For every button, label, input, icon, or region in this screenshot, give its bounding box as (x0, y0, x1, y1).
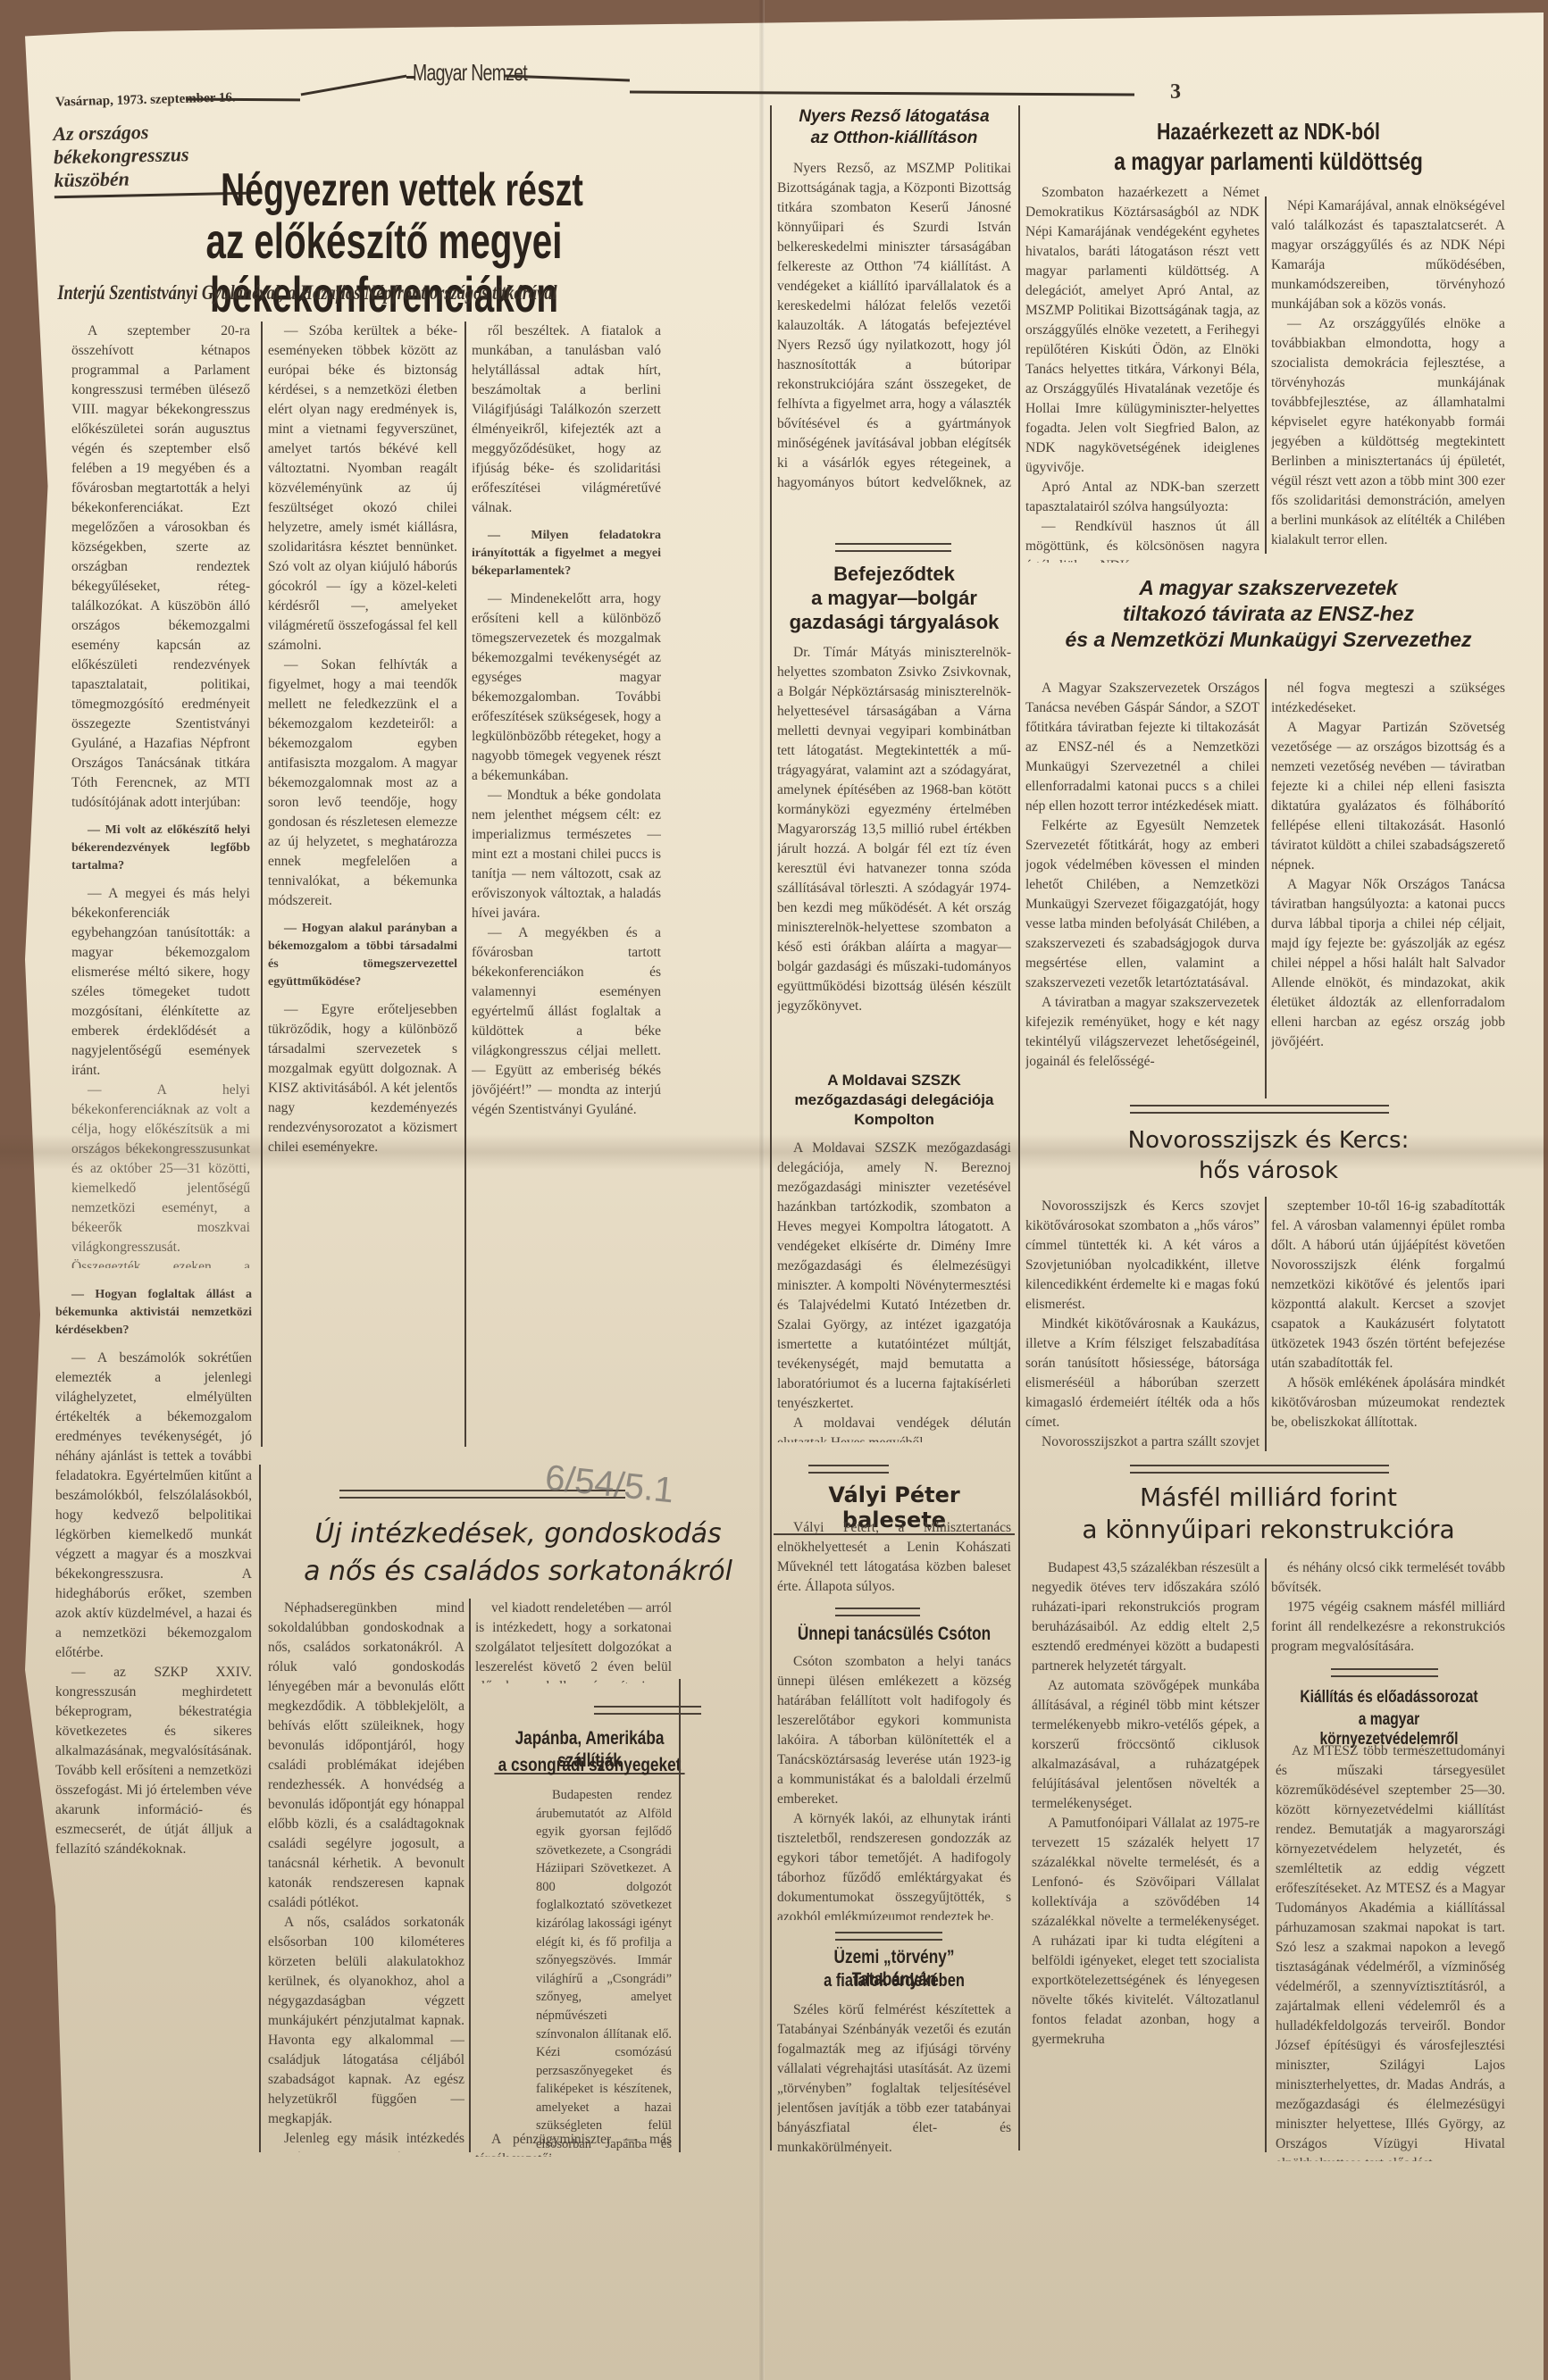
nyers-headline-line2: az Otthon-kiállításon (774, 129, 1015, 148)
valyi-body: Vályi Pétert, a Minisztertanács elnökhel… (777, 1518, 1011, 1599)
lead-col2-para: — Szóba kerültek a béke­eseményeken több… (268, 322, 457, 656)
szonyeg-para: Budapesten rendez árubemutatót az Alföld… (536, 1786, 672, 2152)
column-rule (261, 322, 263, 1447)
szakszervezet-para: A Magyar Szakszervezetek Országos Tanács… (1025, 679, 1259, 816)
column-rule (1265, 196, 1267, 554)
tatabanya-para: Széles körű felmérést készítettek a Tata… (777, 2000, 1011, 2158)
moldavai-headline-line1: A Moldavai SZSZK (774, 1072, 1015, 1090)
masfel-headline-line2: a könnyűipari rekonstrukcióra (1018, 1515, 1519, 1544)
lead-col2-para: — Egyre erőteljesebben tükröződik, hogy … (268, 1000, 457, 1157)
lead-col3-para: — A megyékben és a fővárosban tartott bé… (472, 923, 661, 1120)
ndk-headline-line2: a magyar parlamenti küldöttség (1063, 146, 1473, 176)
lead-col2-para: — Sokan felhívták a figyelmet, hogy a ma… (268, 656, 457, 911)
ndk-para: Apró Antal az NDK-ban szerzett tapasztal… (1025, 478, 1259, 517)
section-divider (808, 1465, 889, 1474)
bolgar-headline-line1: Befejeződtek (774, 563, 1015, 586)
sorkatona-headline-line1: Új intézkedések, gondoskodás (268, 1518, 768, 1549)
szakszervezet-para: A Magyar Nők Országos Tanácsa táviratban… (1271, 875, 1505, 1052)
csot-body: Csóton szombaton a helyi tanács ünnepi ü… (777, 1652, 1011, 1920)
ndk-column-2: Népi Kamarájával, annak elnökségével val… (1271, 196, 1505, 563)
ndk-para: — Az országgyűlés elnöke a továbbiakban … (1271, 314, 1505, 550)
column-rule (1265, 679, 1267, 1098)
lead-intro: A szeptember 20-ra összehívott kétnapos … (71, 322, 250, 813)
section-divider (835, 543, 951, 552)
szakszervezet-para: A Magyar Partizán Szövetség vezetősége —… (1271, 718, 1505, 875)
novoroszijszk-para: Mindkét kikötővárosnak a Kaukázus, illet… (1025, 1315, 1259, 1432)
novoroszijszk-column-2: szeptember 10-től 16-ig szabadították fe… (1271, 1197, 1505, 1456)
sorkatona-column-2: vel kiadott rendeletében — arról is inté… (475, 1599, 672, 1683)
lead-col3-para: — Mindenekelőtt arra, hogy erősíteni kel… (472, 589, 661, 786)
ndk-column-1: Szombaton hazaérkezett a Német Demokrati… (1025, 183, 1259, 563)
szakszervezet-column-1: A Magyar Szakszervezetek Országos Tanács… (1025, 679, 1259, 1098)
novoroszijszk-headline-line1: Novorosszijszk és Kercs: (1018, 1127, 1519, 1155)
bolgar-para: Dr. Tímár Mátyás miniszterelnök-helyette… (777, 643, 1011, 1016)
mtesz-headline-line1: Kiállítás és előadássorozat (1290, 1688, 1487, 1708)
szakszervezet-column-2: nél fogva megteszi a szükséges intézkedé… (1271, 679, 1505, 1098)
masfel-para: Az automata szövőgépek munkába állításáv… (1032, 1676, 1259, 1814)
lead-answer-1: — A megyei és más helyi békekonferenciák… (71, 884, 250, 1081)
szakszervezet-para: Felkérte az Egyesült Nemzetek Szervezeté… (1025, 816, 1259, 993)
column-rule (464, 322, 466, 1447)
mtesz-body: Az MTESZ több természettudományi és műsz… (1276, 1741, 1505, 2161)
csot-closing: A környék lakói, az elhunytak iránti tis… (777, 1809, 1011, 1920)
sorkatona-para: Néphadseregünkben mind sokoldalúbban gon… (268, 1599, 464, 1913)
lead-col3-para: — Mondtuk a béke gondolata nem jelenthet… (472, 786, 661, 923)
sorkatona-para: vel kiadott rendeletében — arról is inté… (475, 1599, 672, 1683)
center-fold (759, 0, 765, 2380)
szakszervezet-headline-line3: és a Nemzetközi Munkaügyi Szervezethez (1018, 628, 1519, 652)
novoroszijszk-headline-line2: hős városok (1018, 1157, 1519, 1185)
bolgar-headline-line3: gazdasági tárgyalások (774, 611, 1015, 634)
section-divider (835, 1932, 942, 1941)
tatabanya-body: Széles körű felmérést készítettek a Tata… (777, 2000, 1011, 2161)
valyi-para: Vályi Pétert, a Minisztertanács elnökhel… (777, 1518, 1011, 1597)
ndk-para: Szombaton hazaérkezett a Német Demokrati… (1025, 183, 1259, 478)
novoroszijszk-para: A hősök emlékének ápolására mindkét kikö… (1271, 1374, 1505, 1432)
lead-question-4: — Hogyan foglaltak állást a békemunka ak… (55, 1286, 252, 1340)
csot-para: Csóton szombaton a helyi tanács ünnepi ü… (777, 1652, 1011, 1809)
mtesz-para: Az MTESZ több természettudományi és műsz… (1276, 1741, 1505, 2161)
novoroszijszk-para: szeptember 10-től 16-ig szabadították fe… (1271, 1197, 1505, 1374)
lead-bottom-para: — A beszámolók sokrétűen elemezték a jel… (55, 1349, 252, 1663)
szakszervezet-para: nél fogva megteszi a szükséges intézkedé… (1271, 679, 1505, 718)
masfel-column-2: és néhány olcsó cikk termelését tovább b… (1271, 1558, 1505, 1683)
szonyeg-body: Budapesten rendez árubemutatót az Alföld… (536, 1786, 672, 2152)
lead-subheadline: Interjú Szentistványi Gyulánéval, a Haza… (36, 281, 579, 305)
masfel-para: és néhány olcsó cikk termelését tovább b… (1271, 1558, 1505, 1598)
section-divider (835, 1608, 920, 1616)
page-number: 3 (1170, 80, 1181, 104)
sorkatona-headline-line2: a nős és családos sorkatonákról (268, 1556, 768, 1587)
tatabanya-headline-line2: a fiatalok érdekében (795, 1971, 992, 1992)
sorkatona-para: A nős, családos sorkatonák elsősorban 10… (268, 1913, 464, 2129)
lead-headline-line1: Négyezren vettek részt (87, 165, 717, 215)
lead-col3-para: ről beszéltek. A fiatalok a munkában, a … (472, 322, 661, 518)
section-divider (1130, 1465, 1389, 1474)
moldavai-para: A Moldavai SZSZK mezőgazdasági delegáció… (777, 1139, 1011, 1414)
ndk-para: — Rendkívül hasznos út áll mögöttünk, és… (1025, 517, 1259, 563)
lead-column-1: A szeptember 20-ra összehívott kétnapos … (71, 322, 250, 1268)
masfel-headline-line1: Másfél milliárd forint (1018, 1482, 1519, 1512)
sorkatona-column-1: Néphadseregünkben mind sokoldalúbban gon… (268, 1599, 464, 2152)
nyers-para: Nyers Rezső, az MSZMP Politikai Bizottsá… (777, 159, 1011, 494)
szakszervezet-headline-line1: A magyar szakszervezetek (1018, 576, 1519, 600)
bolgar-body: Dr. Tímár Mátyás miniszterelnök-helyette… (777, 643, 1011, 1063)
novoroszijszk-para: Novorosszijszk és Kercs szovjet kikötővá… (1025, 1197, 1259, 1315)
column-rule (1265, 1558, 1267, 2152)
lead-answer-2: — A helyi békekonferenciáknak az volt a … (71, 1081, 250, 1268)
nyers-body: Nyers Rezső, az MSZMP Politikai Bizottsá… (777, 159, 1011, 494)
masfel-para: A Pamutfonóipari Vállalat az 1975-re ter… (1032, 1814, 1259, 2050)
nyers-headline-line1: Nyers Rezső látogatása (774, 107, 1015, 127)
masfel-para: 1975 végéig csaknem másfél milliárd fori… (1271, 1598, 1505, 1657)
lead-question-3: — Milyen feladatokra irányították a figy… (472, 527, 661, 580)
lead-question-1: — Mi volt az előkészítő helyi békerendez… (71, 822, 250, 875)
szakszervezet-para: A táviratban a magyar szakszervezetek ki… (1025, 993, 1259, 1072)
column-rule (1265, 1197, 1267, 1451)
moldavai-headline-line2: mezőgazdasági delegációja (774, 1091, 1015, 1109)
ndk-headline-line1: Hazaérkezett az NDK-ból (1063, 118, 1473, 146)
novoroszijszk-para: Novorosszijszkot a partra szállt szovjet… (1025, 1432, 1259, 1456)
csot-headline: Ünnepi tanácsülés Csóton (795, 1624, 992, 1646)
lead-column-3: ről beszéltek. A fiatalok a munkában, a … (472, 322, 661, 1456)
bolgar-headline-line2: a magyar—bolgár (774, 587, 1015, 610)
masfel-para: Budapest 43,5 százalékban részesült a ne… (1032, 1558, 1259, 1676)
section-divider (594, 1706, 701, 1715)
column-rule (679, 1679, 681, 2152)
lead-headline-line2: az előkészítő megyei békekonferenciákon (30, 214, 738, 322)
masfel-column-1: Budapest 43,5 százalékban részesült a ne… (1032, 1558, 1259, 2157)
szonyeg-headline-line2: a csongrádi szőnyegeket (494, 1755, 684, 1777)
column-rule (770, 105, 772, 2150)
novoroszijszk-column-1: Novorosszijszk és Kercs szovjet kikötővá… (1025, 1197, 1259, 1456)
lead-column-1-bottom: — Hogyan foglaltak állást a békemunka ak… (55, 1277, 252, 2161)
moldavai-body: A Moldavai SZSZK mezőgazdasági delegáció… (777, 1139, 1011, 1442)
szakszervezet-headline-line2: tiltakozó távirata az ENSZ-hez (1018, 602, 1519, 626)
section-divider (1331, 1668, 1438, 1677)
section-divider (1130, 1105, 1389, 1114)
ndk-para: Népi Kamarájával, annak elnökségével val… (1271, 196, 1505, 314)
lead-bottom-para: — az SZKP XXIV. kongresszusán meghirdete… (55, 1663, 252, 1859)
moldavai-closing: A moldavai vendégek délután elutaztak He… (777, 1414, 1011, 1442)
sorkatona-para: Jelenleg egy másik intézkedés alapján a … (268, 2129, 464, 2152)
lead-column-2: — Szóba kerültek a béke­eseményeken több… (268, 322, 457, 1456)
lead-question-2: — Hogyan alakul parányban a békemozgalom… (268, 920, 457, 991)
moldavai-headline-line3: Kompolton (774, 1111, 1015, 1129)
column-rule (259, 1465, 261, 2152)
column-rule (469, 1599, 471, 2152)
newspaper-title: Magyar Nemzet (413, 59, 527, 87)
